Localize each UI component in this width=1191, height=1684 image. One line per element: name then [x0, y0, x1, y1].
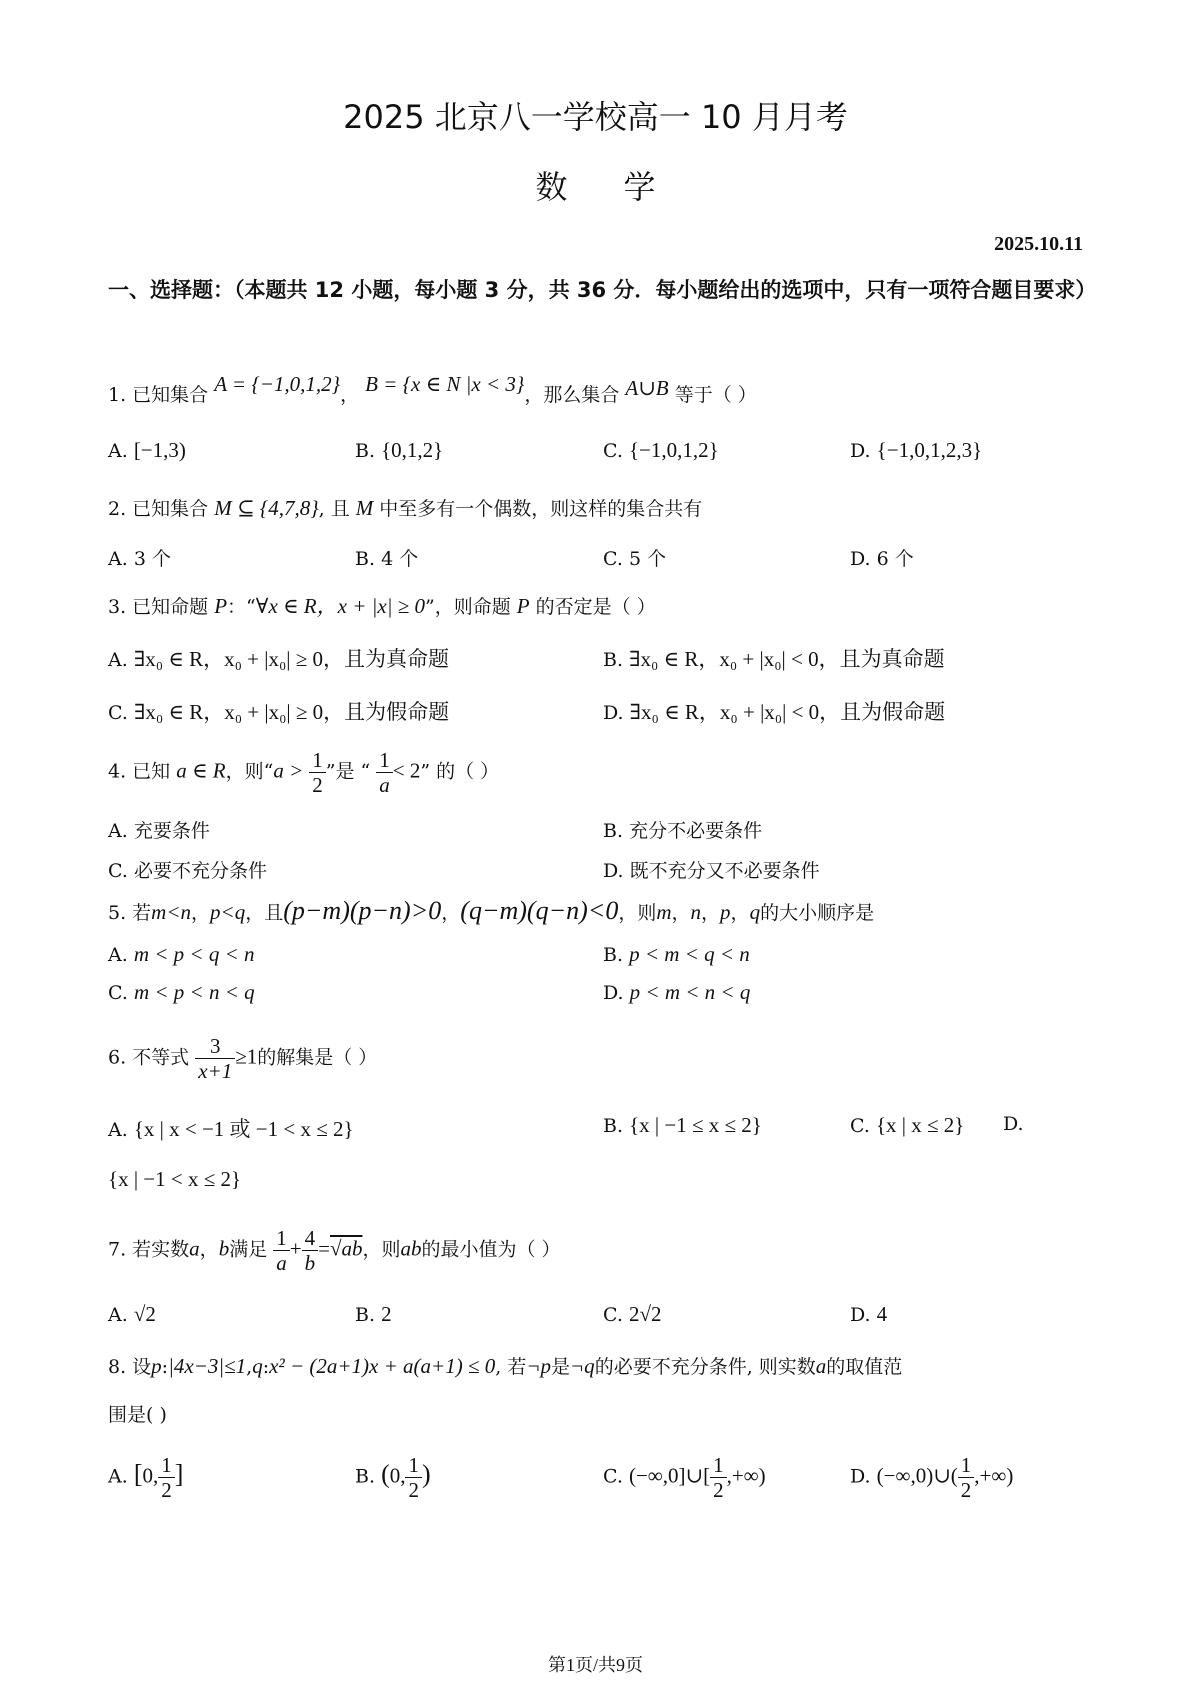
question-2-option-b[interactable]: B. 4 个	[355, 544, 418, 571]
question-6-option-a[interactable]: A. {x | x < −1 或 −1 < x ≤ 2}	[108, 1113, 354, 1143]
question-4-stem: 4. 已知 a ∈ R，则“a > 12”是 “ 1a< 2” 的（ ）	[108, 748, 499, 797]
question-6-stem: 6. 不等式 3x+1≥1的解集是（ ）	[108, 1034, 377, 1083]
question-7-option-c[interactable]: C. 2√2	[603, 1302, 661, 1327]
question-6-option-d-label[interactable]: D.	[1003, 1113, 1024, 1135]
question-6-option-d[interactable]: {x | −1 < x ≤ 2}	[108, 1167, 241, 1192]
section-heading: 一、选择题：（本题共 12 小题，每小题 3 分，共 36 分．每小题给出的选项…	[108, 266, 1088, 314]
question-5-option-c[interactable]: C. m < p < n < q	[108, 980, 255, 1005]
question-1-option-b[interactable]: B. {0,1,2}	[355, 438, 443, 463]
exam-title: 2025 北京八一学校高一 10 月月考	[0, 92, 1191, 138]
question-1-option-a[interactable]: A. [−1,3)	[108, 438, 186, 463]
question-2-option-c[interactable]: C. 5 个	[603, 544, 666, 571]
question-3-option-c[interactable]: C. ∃x₀ ∈ R，x₀ + |x₀| ≥ 0，且为假命题	[108, 696, 449, 726]
question-5-option-b[interactable]: B. p < m < q < n	[603, 942, 750, 967]
question-3-stem: 3. 已知命题 P：“∀x ∈ R，x + |x| ≥ 0”，则命题 P 的否定…	[108, 590, 656, 620]
question-4-option-b[interactable]: B. 充分不必要条件	[603, 816, 762, 843]
question-7-stem: 7. 若实数a，b满足 1a+4b=√ab，则ab的最小值为（ ）	[108, 1226, 561, 1275]
question-2-stem: 2. 已知集合 M ⊆ {4,7,8}, 且 M 中至多有一个偶数，则这样的集合…	[108, 494, 702, 521]
question-2-option-a[interactable]: A. 3 个	[108, 544, 171, 571]
question-8-stem: 8. 设p:|4x−3|≤1,q:x² − (2a+1)x + a(a+1) ≤…	[108, 1352, 902, 1379]
question-5-stem: 5. 若m<n，p<q，且(p−m)(p−n)>0，(q−m)(q−n)<0，则…	[108, 896, 874, 926]
question-6-option-c[interactable]: C. {x | x ≤ 2}	[850, 1113, 964, 1138]
question-8-option-d[interactable]: D. (−∞,0)∪(12,+∞)	[850, 1453, 1013, 1502]
page-indicator: 第1页/共9页	[0, 1651, 1191, 1677]
question-2-option-d[interactable]: D. 6 个	[850, 544, 914, 571]
question-1-option-d[interactable]: D. {−1,0,1,2,3}	[850, 438, 982, 463]
question-8-option-a[interactable]: A. [0,12]	[108, 1453, 183, 1502]
question-3-option-a[interactable]: A. ∃x₀ ∈ R，x₀ + |x₀| ≥ 0，且为真命题	[108, 643, 449, 673]
question-1-stem: 1. 已知集合 A = {−1,0,1,2}， B = {x ∈ N |x < …	[108, 380, 757, 407]
question-7-option-d[interactable]: D. 4	[850, 1302, 887, 1327]
question-7-option-b[interactable]: B. 2	[355, 1302, 392, 1327]
exam-date: 2025.10.11	[994, 233, 1083, 256]
question-3-option-b[interactable]: B. ∃x₀ ∈ R，x₀ + |x₀| < 0，且为真命题	[603, 643, 945, 673]
subject-char: 学	[624, 168, 656, 206]
question-5-option-a[interactable]: A. m < p < q < n	[108, 942, 255, 967]
subject-char: 数	[535, 168, 567, 206]
question-8-stem-continued: 围是( )	[108, 1400, 167, 1427]
fraction-one-over-a: 1a	[376, 748, 393, 797]
question-4-option-c[interactable]: C. 必要不充分条件	[108, 856, 267, 883]
subject-title: 数学	[0, 162, 1191, 208]
question-4-option-d[interactable]: D. 既不充分又不必要条件	[603, 856, 820, 883]
fraction-three-over-x-plus-one: 3x+1	[195, 1034, 235, 1083]
question-8-option-c[interactable]: C. (−∞,0]∪[12,+∞)	[603, 1453, 766, 1502]
question-7-option-a[interactable]: A. √2	[108, 1302, 156, 1327]
question-6-option-b[interactable]: B. {x | −1 ≤ x ≤ 2}	[603, 1113, 762, 1138]
question-5-option-d[interactable]: D. p < m < n < q	[603, 980, 750, 1005]
question-8-option-b[interactable]: B. (0,12)	[355, 1453, 431, 1502]
question-1-option-c[interactable]: C. {−1,0,1,2}	[603, 438, 719, 463]
fraction-one-half: 12	[309, 748, 326, 797]
question-3-option-d[interactable]: D. ∃x₀ ∈ R，x₀ + |x₀| < 0，且为假命题	[603, 696, 945, 726]
question-4-option-a[interactable]: A. 充要条件	[108, 816, 210, 843]
